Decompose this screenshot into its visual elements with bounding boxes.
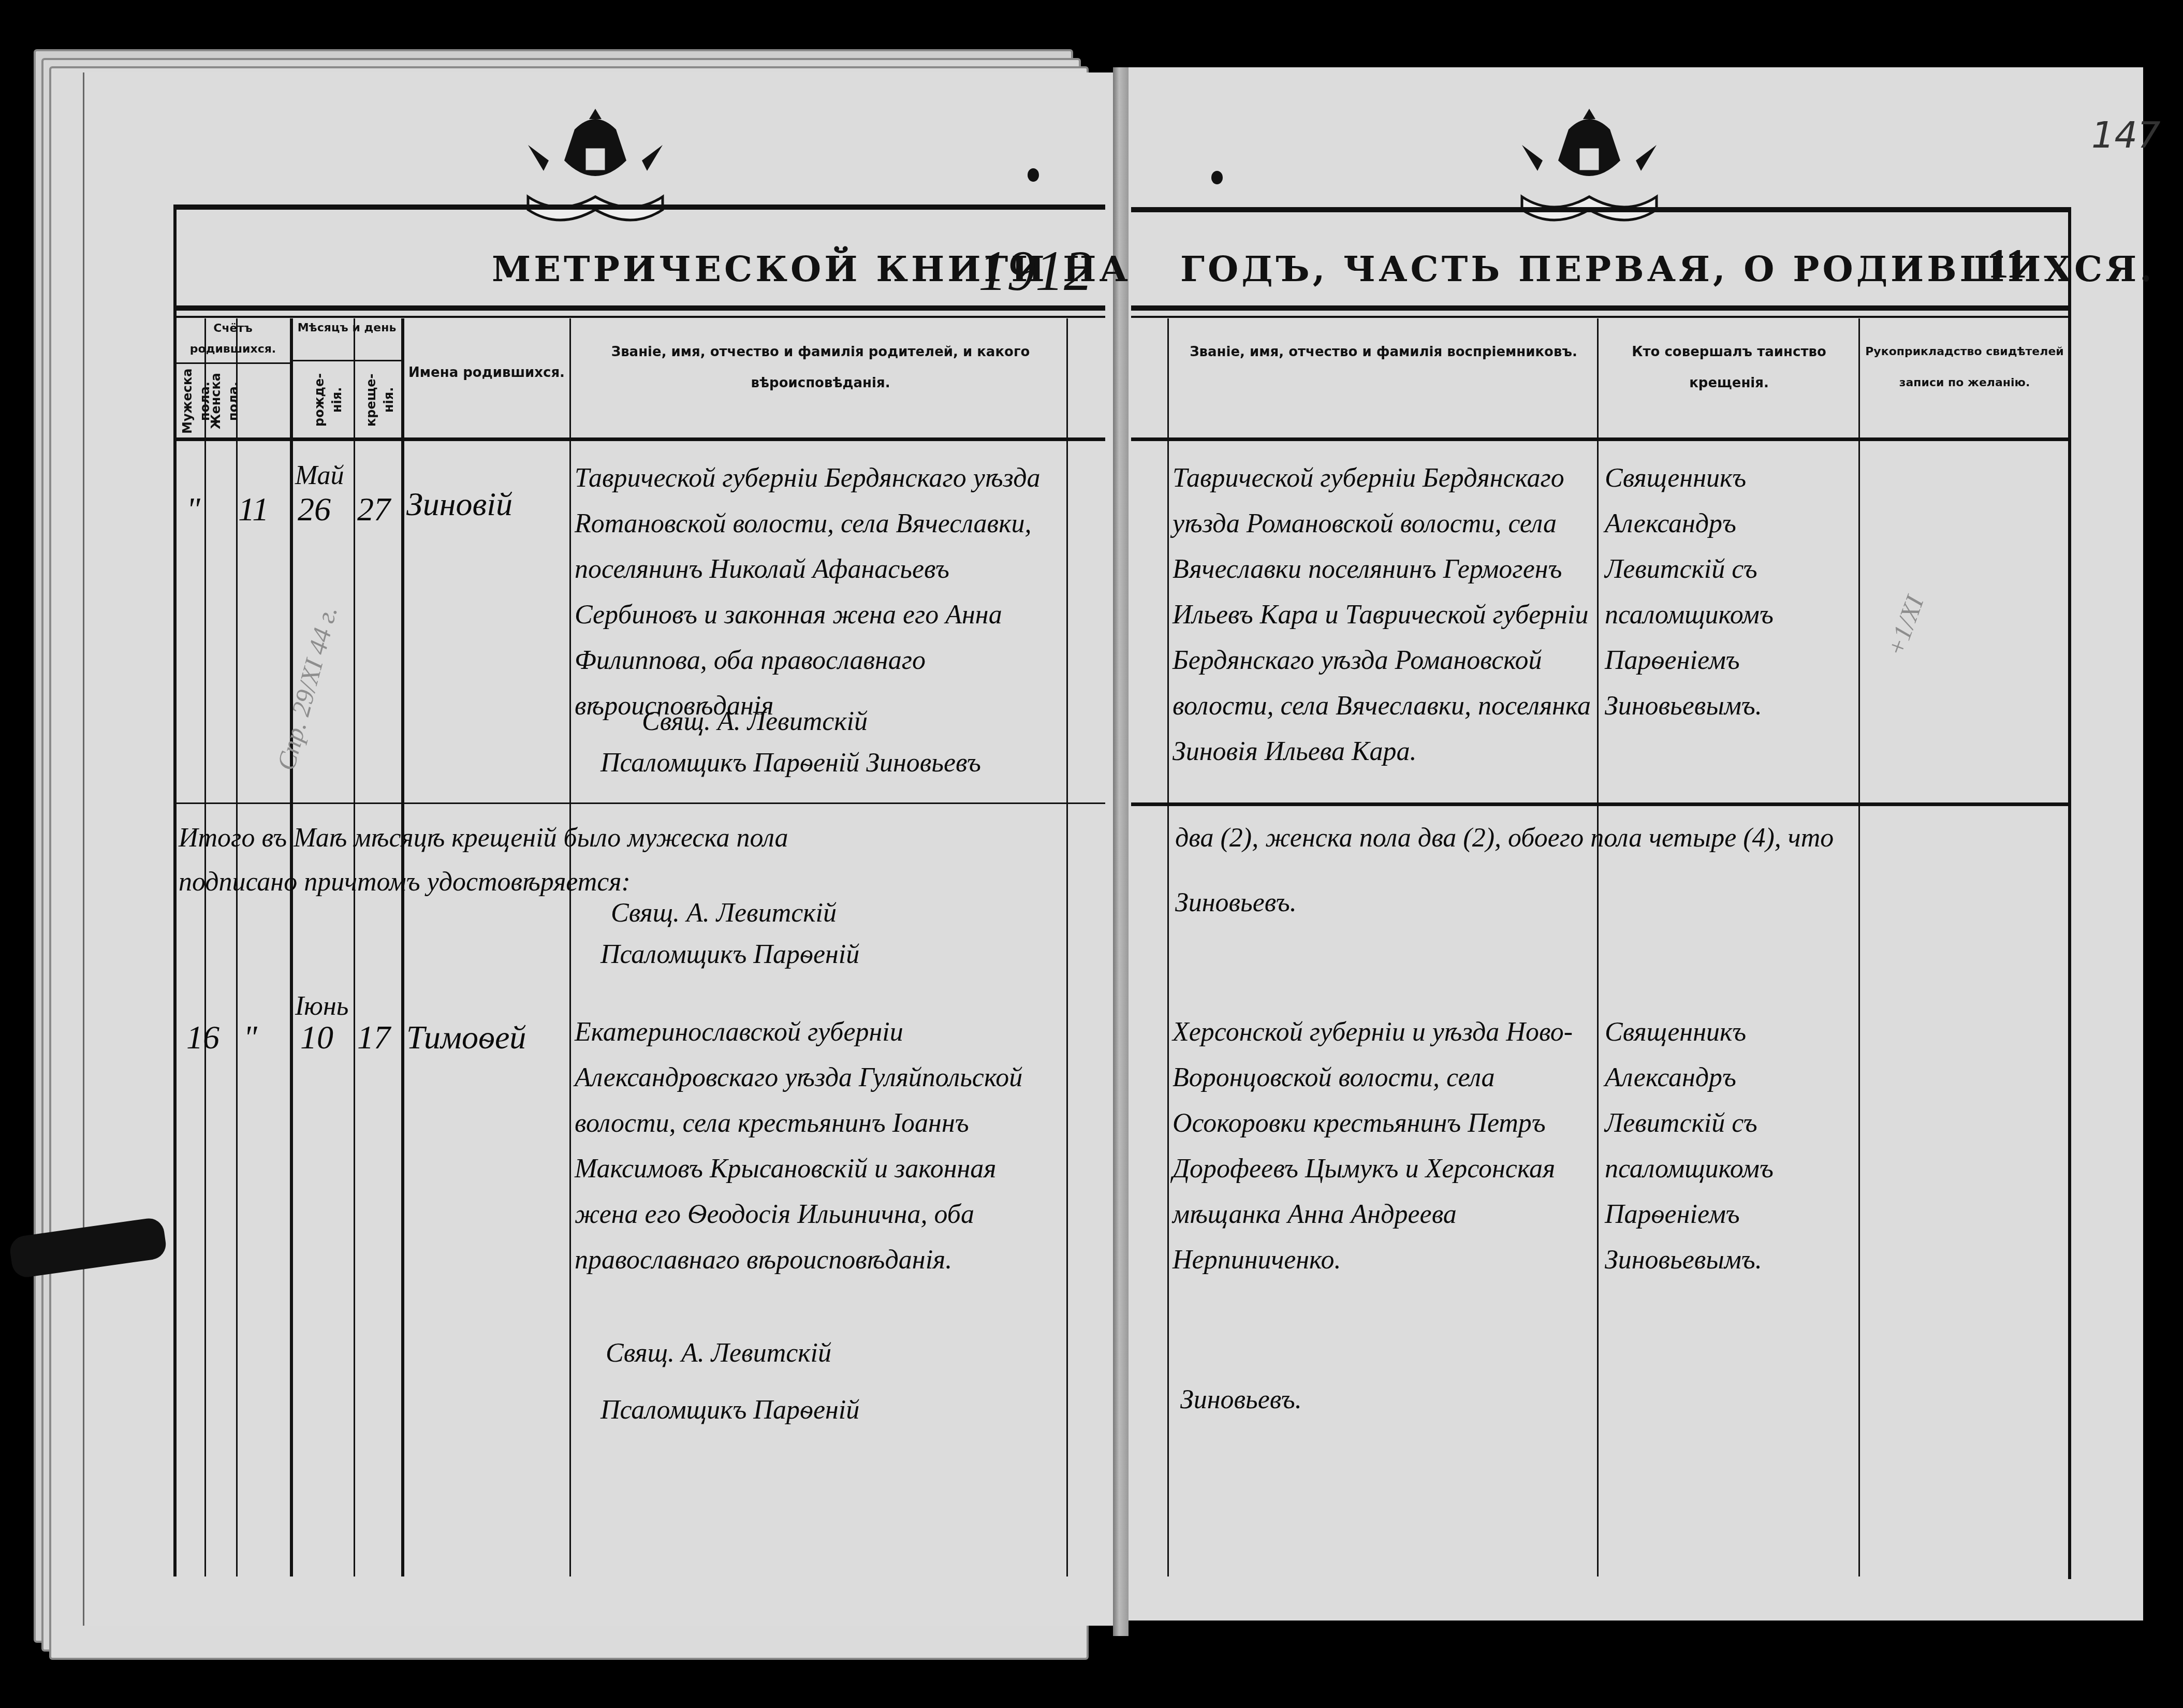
row-divider <box>1131 802 2071 806</box>
header-baptism-date: креще-нія. <box>362 365 388 435</box>
header-birth-count: Счётъ родившихся. <box>176 318 290 360</box>
frame-rule <box>173 205 1105 210</box>
entry2-right-signature: Зиновьевъ. <box>1180 1377 1302 1423</box>
subheader-rule <box>176 362 290 364</box>
entry1-female: 11 <box>238 487 269 532</box>
sheet-number: 147 <box>2091 114 2161 156</box>
column-divider <box>1066 318 1068 1576</box>
entry1-birth-day: 26 <box>298 487 331 532</box>
header-bottom-rule <box>173 437 1105 441</box>
entry1-parents: Таврической губерніи Бердянскаго уѣзда R… <box>575 456 1066 729</box>
summary-line-1: Итого въ Маѣ мѣсяцѣ крещеній было мужеск… <box>179 815 1069 861</box>
table-border <box>2068 207 2071 1579</box>
book-spine <box>1113 67 1129 1636</box>
year-field: 1912 <box>978 238 1092 304</box>
entry2-psalmist-signature: Псаломщикъ Парѳеній <box>600 1388 859 1433</box>
header-rule <box>173 305 1105 311</box>
column-divider <box>401 318 404 1576</box>
entry2-performed-by: Священникъ Александръ Левитскій съ псало… <box>1605 1010 1853 1283</box>
entry2-priest-signature: Свящ. А. Левитскій <box>606 1331 831 1376</box>
header-performed-by: Кто совершалъ таинство крещенія. <box>1600 337 1858 399</box>
column-divider <box>354 318 355 1576</box>
column-divider <box>204 318 206 1576</box>
header-parents: Званіе, имя, отчество и фамилія родителе… <box>575 337 1066 399</box>
header-month-day: Мѣсяцъ и день <box>292 318 401 338</box>
header-female: Женска пола. <box>207 368 236 435</box>
subheader-rule <box>290 360 401 361</box>
entry1-performed-by: Священникъ Александръ Левитскій съ псало… <box>1605 456 1853 729</box>
entry1-baptism-day: 27 <box>357 487 390 532</box>
entry2-parents: Екатеринославской губерніи Александровск… <box>575 1010 1066 1283</box>
punch-hole <box>1028 168 1039 182</box>
column-divider <box>1597 318 1599 1576</box>
header-male: Мужеска пола. <box>179 368 204 435</box>
entry2-male: 16 <box>186 1015 219 1060</box>
entry2-female: " <box>243 1015 257 1060</box>
summary-right-text: два (2), женска пола два (2), обоего пол… <box>1175 815 2065 861</box>
entry2-godparents: Херсонской губерніи и уѣзда Ново-Воронцо… <box>1173 1010 1597 1283</box>
punch-hole <box>1211 171 1223 184</box>
column-divider <box>569 318 571 1576</box>
header-names: Имена родившихся. <box>404 357 569 388</box>
header-rule <box>1131 305 2071 311</box>
page-number: 11 <box>1988 241 2027 288</box>
column-divider <box>1167 318 1169 1576</box>
table-border <box>173 205 177 1576</box>
header-rule <box>173 316 1105 318</box>
column-divider <box>236 318 238 1576</box>
entry1-male: " <box>186 487 200 532</box>
row-divider <box>173 802 1105 804</box>
entry2-baptism-day: 17 <box>357 1015 390 1060</box>
entry1-priest-signature: Свящ. А. Левитскій <box>642 699 868 744</box>
summary-psalmist-signature: Псаломщикъ Парѳеній <box>600 932 859 977</box>
header-birth-date: рожде-нія. <box>311 365 336 435</box>
column-divider <box>1858 318 1860 1576</box>
frame-rule <box>1131 207 2071 212</box>
entry1-psalmist-signature: Псаломщикъ Парѳеній Зиновьевъ <box>600 740 981 786</box>
summary-priest-signature: Свящ. А. Левитскій <box>611 891 837 936</box>
header-bottom-rule <box>1131 437 2071 441</box>
header-godparents: Званіе, имя, отчество и фамилія воспріем… <box>1170 337 1597 368</box>
column-divider <box>290 318 293 1576</box>
summary-right-signature: Зиновьевъ. <box>1175 880 1297 926</box>
entry2-name: Тимоѳей <box>406 1015 526 1060</box>
entry2-birth-day: 10 <box>300 1015 333 1060</box>
header-rule <box>1131 316 2071 318</box>
header-witnesses: Рукоприкладство свидѣтелей записи по жел… <box>1861 337 2068 399</box>
entry1-name: Зиновій <box>406 481 512 527</box>
entry1-godparents: Таврической губерніи Бердянскаго уѣзда Р… <box>1173 456 1597 775</box>
